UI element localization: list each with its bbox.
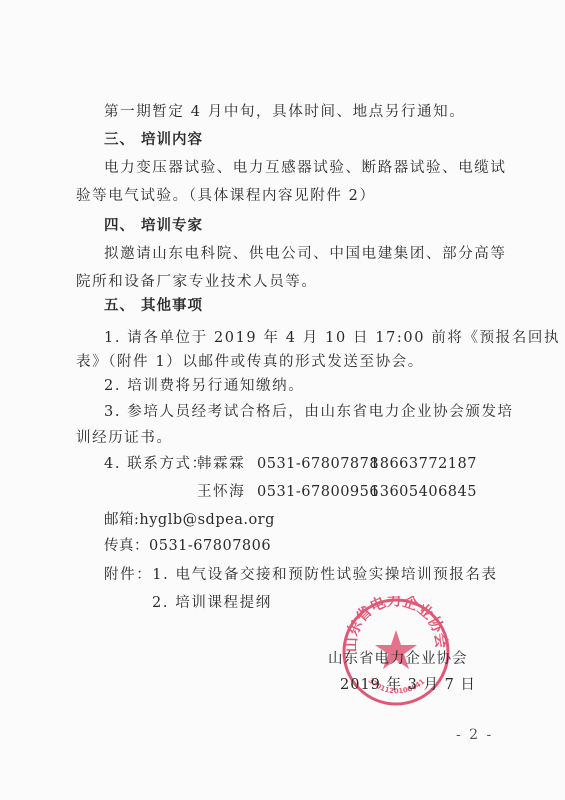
document-page: 第一期暂定 4 月中旬，具体时间、地点另行通知。 三、 培训内容 电力变压器试验…	[0, 0, 565, 800]
item-2-text: 2. 培训费将另行通知缴纳。	[104, 377, 304, 395]
experts-text-cont: 院所和设备厂家专业技术人员等。	[76, 273, 318, 291]
schedule-text: 第一期暂定 4 月中旬，具体时间、地点另行通知。	[104, 103, 465, 121]
contact-2-mobile: 13605406845	[370, 483, 477, 501]
contact-2-tel: 0531-67800956	[257, 483, 379, 501]
item-1-text: 1. 请各单位于 2019 年 4 月 10 日 17:00 前将《预报名回执	[104, 329, 560, 347]
item-3-text-cont: 训经历证书。	[76, 429, 173, 447]
contact-1-mobile: 18663772187	[370, 455, 477, 473]
contact-1-name: 韩霖霖	[197, 455, 245, 473]
attachment-1-text: 附件：1. 电气设备交接和预防性试验实操培训预报名表	[104, 566, 498, 584]
item-3-text: 3. 参培人员经考试合格后，由山东省电力企业协会颁发培	[104, 403, 514, 421]
contact-label: 4. 联系方式：	[104, 455, 208, 473]
experts-text: 拟邀请山东电科院、供电公司、中国电建集团、部分高等	[104, 245, 507, 263]
training-content-text: 电力变压器试验、电力互感器试验、断路器试验、电缆试	[104, 159, 507, 177]
training-content-text-cont: 验等电气试验。（具体课程内容见附件 2）	[76, 187, 376, 205]
attachment-2-text: 2. 培训课程提纲	[152, 594, 272, 612]
email-text: 邮箱:hyglb@sdpea.org	[104, 511, 275, 529]
item-1-text-cont: 表》（附件 1）以邮件或传真的形式发送至协会。	[76, 353, 424, 371]
page-number: - 2 -	[456, 727, 493, 743]
section-heading-5: 五、 其他事项	[104, 297, 203, 315]
section-heading-3: 三、 培训内容	[104, 131, 203, 149]
contact-2-name: 王怀海	[197, 483, 245, 501]
contact-1-tel: 0531-67807878	[257, 455, 379, 473]
issuer-signature: 山东省电力企业协会	[328, 650, 468, 668]
section-heading-4: 四、 培训专家	[104, 217, 203, 235]
fax-text: 传真：0531-67807806	[104, 537, 271, 555]
issue-date: 2019 年 3 月 7 日	[340, 676, 476, 694]
